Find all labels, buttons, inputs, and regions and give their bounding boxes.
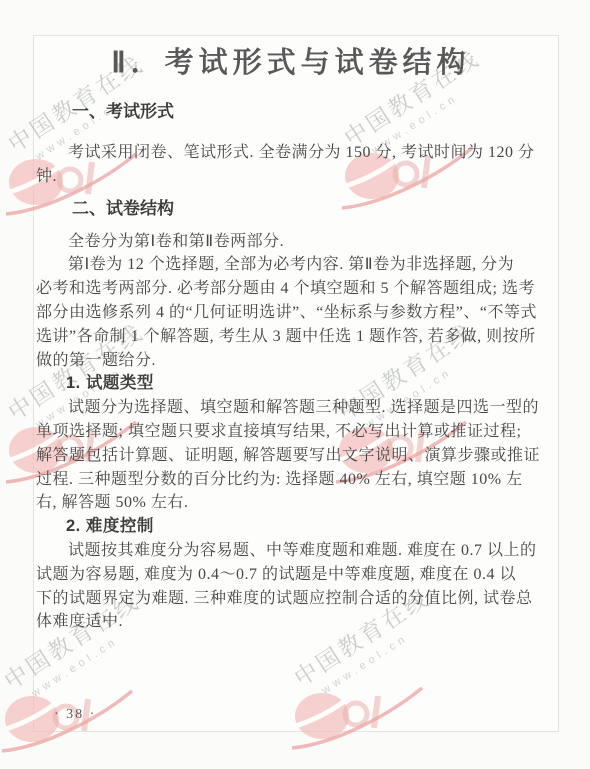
watermark: 中国教育在线 www.eol.cn — [8, 623, 228, 763]
text-line: 第Ⅰ卷为 12 个选择题, 全部为必考内容. 第Ⅱ卷为非选择题, 分为 — [36, 253, 546, 277]
text-line: 试题为容易题, 难度为 0.4～0.7 的试题是中等难度题, 难度在 0.4 以 — [36, 563, 546, 587]
text-line: 全卷分为第Ⅰ卷和第Ⅱ卷两部分. — [36, 230, 546, 254]
text-line: 考试采用闭卷、笔试形式. 全卷满分为 150 分, 考试时间为 120 分 — [36, 141, 546, 165]
text-line: 试题分为选择题、填空题和解答题三种题型. 选择题是四选一型的 — [36, 396, 546, 420]
text-line: 单项选择题; 填空题只要求直接填写结果, 不必写出计算或推证过程; — [36, 420, 546, 444]
text-line: 部分由选修系列 4 的“几何证明选讲”、“坐标系与参数方程”、“不等式 — [36, 301, 546, 325]
text-line: 下的试题界定为难题. 三种难度的试题应控制合适的分值比例, 试卷总 — [36, 587, 546, 611]
text-line: 做的第一题给分. — [36, 349, 546, 373]
text-line: 体难度适中. — [36, 610, 546, 634]
subsection-heading-difficulty-control: 2. 难度控制 — [36, 515, 546, 539]
page-number: · 38 · — [54, 707, 96, 723]
page-title: Ⅱ．考试形式与试卷结构 — [36, 45, 546, 81]
eol-logo-icon — [2, 685, 134, 761]
section-heading-exam-format: 一、考试形式 — [36, 100, 546, 124]
eol-logo-icon — [292, 682, 424, 758]
watermark: 中国教育在线 www.eol.cn — [298, 620, 518, 760]
scanned-document-page: 中国教育在线 www.eol.cn 中国教育在线 www.eol.cn 中国教育… — [0, 0, 590, 769]
text-line: 钟. — [36, 165, 546, 189]
subsection-heading-question-types: 1. 试题类型 — [36, 372, 546, 396]
section-heading-paper-structure: 二、试卷结构 — [36, 197, 546, 221]
text-line: 解答题包括计算题、证明题, 解答题要写出文字说明、演算步骤或推证 — [36, 444, 546, 468]
text-line: 选讲”各命制 1 个解答题, 考生从 3 题中任选 1 题作答, 若多做, 则按… — [36, 325, 546, 349]
text-line: 必考和选考两部分. 必考部分题由 4 个填空题和 5 个解答题组成; 选考 — [36, 277, 546, 301]
text-line: 过程. 三种题型分数的百分比约为: 选择题 40% 左右, 填空题 10% 左 — [36, 468, 546, 492]
document-body: Ⅱ．考试形式与试卷结构 一、考试形式 考试采用闭卷、笔试形式. 全卷满分为 15… — [34, 35, 560, 634]
text-line: 试题按其难度分为容易题、中等难度题和难题. 难度在 0.7 以上的 — [36, 539, 546, 563]
text-line: 右, 解答题 50% 左右. — [36, 491, 546, 515]
